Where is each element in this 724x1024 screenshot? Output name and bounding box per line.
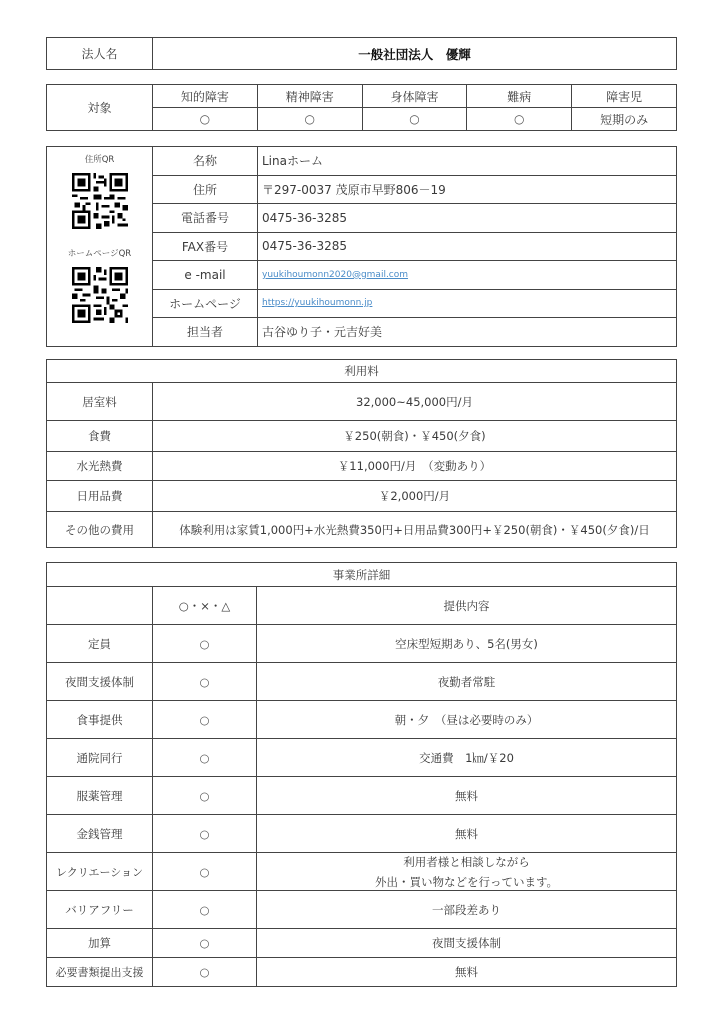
- fee-value-room: 32,000~45,000円/月: [153, 383, 677, 421]
- details-content: 交通費 1㎞/￥20: [257, 739, 677, 777]
- target-value-intractable: ○: [467, 108, 572, 131]
- details-content: 無料: [257, 777, 677, 815]
- details-content: 利用者様と相談しながら 外出・買い物などを行っています。: [257, 853, 677, 891]
- details-mark: ○: [153, 853, 257, 891]
- fees-table: 利用料 居室料 32,000~45,000円/月 食費 ￥250(朝食)・￥45…: [46, 359, 677, 548]
- details-content: 無料: [257, 958, 677, 987]
- info-label-name: 名称: [153, 147, 258, 176]
- details-row: 必要書類提出支援 ○ 無料: [47, 958, 677, 987]
- info-label-email: e -mail: [153, 261, 258, 290]
- details-mark: ○: [153, 625, 257, 663]
- target-value-children: 短期のみ: [572, 108, 677, 131]
- target-value-physical: ○: [362, 108, 467, 131]
- fee-value-daily-goods: ￥2,000円/月: [153, 481, 677, 512]
- details-label: 加算: [47, 929, 153, 958]
- details-row: 服薬管理 ○ 無料: [47, 777, 677, 815]
- info-value-name: Linaホーム: [258, 147, 677, 176]
- details-content: 夜勤者常駐: [257, 663, 677, 701]
- info-label-contact: 担当者: [153, 318, 258, 347]
- corporation-table: 法人名 一般社団法人 優輝: [46, 37, 677, 70]
- qr-codes-cell: 住所QR ホームページQR: [47, 147, 153, 347]
- fees-title: 利用料: [47, 360, 677, 383]
- address-qr-code-icon[interactable]: [72, 173, 128, 229]
- details-row: 夜間支援体制 ○ 夜勤者常駐: [47, 663, 677, 701]
- details-content-line: 利用者様と相談しながら: [257, 854, 676, 870]
- details-label: レクリエーション: [47, 853, 153, 891]
- details-mark: ○: [153, 815, 257, 853]
- details-row: バリアフリー ○ 一部段差あり: [47, 891, 677, 929]
- details-mark: ○: [153, 891, 257, 929]
- details-label: 夜間支援体制: [47, 663, 153, 701]
- details-header-content: 提供内容: [257, 587, 677, 625]
- homepage-link[interactable]: https://yuukihoumonn.jp: [258, 289, 677, 318]
- info-label-phone: 電話番号: [153, 204, 258, 233]
- details-mark: ○: [153, 929, 257, 958]
- details-row: 通院同行 ○ 交通費 1㎞/￥20: [47, 739, 677, 777]
- corporation-label: 法人名: [47, 38, 153, 70]
- fee-label-room: 居室料: [47, 383, 153, 421]
- corporation-name: 一般社団法人 優輝: [153, 38, 677, 70]
- target-value-intellectual: ○: [153, 108, 258, 131]
- details-mark: ○: [153, 701, 257, 739]
- target-header-children: 障害児: [572, 85, 677, 108]
- details-row: 金銭管理 ○ 無料: [47, 815, 677, 853]
- email-link[interactable]: yuukihoumonn2020@gmail.com: [258, 261, 677, 290]
- details-content: 夜間支援体制: [257, 929, 677, 958]
- details-mark: ○: [153, 663, 257, 701]
- details-label: バリアフリー: [47, 891, 153, 929]
- details-label: 金銭管理: [47, 815, 153, 853]
- details-mark: ○: [153, 739, 257, 777]
- info-label-address: 住所: [153, 175, 258, 204]
- details-content: 一部段差あり: [257, 891, 677, 929]
- target-header-intellectual: 知的障害: [153, 85, 258, 108]
- details-label: 食事提供: [47, 701, 153, 739]
- details-label: 服薬管理: [47, 777, 153, 815]
- fee-label-meals: 食費: [47, 421, 153, 452]
- info-value-contact: 古谷ゆり子・元吉好美: [258, 318, 677, 347]
- details-label: 定員: [47, 625, 153, 663]
- qr-address-label: 住所QR: [47, 153, 152, 165]
- fee-value-utilities: ￥11,000円/月 （変動あり）: [153, 452, 677, 481]
- details-header-mark: ○・×・△: [153, 587, 257, 625]
- details-content: 空床型短期あり、5名(男女): [257, 625, 677, 663]
- details-header-blank: [47, 587, 153, 625]
- details-content-line: 外出・買い物などを行っています。: [257, 874, 676, 890]
- target-header-physical: 身体障害: [362, 85, 467, 108]
- fee-value-meals: ￥250(朝食)・￥450(夕食): [153, 421, 677, 452]
- target-value-mental: ○: [257, 108, 362, 131]
- fee-label-utilities: 水光熱費: [47, 452, 153, 481]
- homepage-qr-code-icon[interactable]: [72, 267, 128, 323]
- details-row: レクリエーション ○ 利用者様と相談しながら 外出・買い物などを行っています。: [47, 853, 677, 891]
- facility-info-table: 住所QR ホームページQR: [46, 146, 677, 347]
- details-row: 食事提供 ○ 朝・夕 （昼は必要時のみ）: [47, 701, 677, 739]
- details-label: 通院同行: [47, 739, 153, 777]
- info-value-fax: 0475-36-3285: [258, 232, 677, 261]
- target-header-mental: 精神障害: [257, 85, 362, 108]
- details-row: 加算 ○ 夜間支援体制: [47, 929, 677, 958]
- info-label-fax: FAX番号: [153, 232, 258, 261]
- target-header-intractable: 難病: [467, 85, 572, 108]
- qr-homepage-label: ホームページQR: [47, 247, 152, 259]
- info-value-phone: 0475-36-3285: [258, 204, 677, 233]
- fee-label-daily-goods: 日用品費: [47, 481, 153, 512]
- details-row: 定員 ○ 空床型短期あり、5名(男女): [47, 625, 677, 663]
- details-title: 事業所詳細: [47, 563, 677, 587]
- details-table: 事業所詳細 ○・×・△ 提供内容 定員 ○ 空床型短期あり、5名(男女) 夜間支…: [46, 562, 677, 987]
- details-mark: ○: [153, 958, 257, 987]
- info-label-homepage: ホームページ: [153, 289, 258, 318]
- info-value-address: 〒297-0037 茂原市早野806－19: [258, 175, 677, 204]
- target-label: 対象: [47, 85, 153, 131]
- details-content: 朝・夕 （昼は必要時のみ）: [257, 701, 677, 739]
- target-table: 対象 知的障害 精神障害 身体障害 難病 障害児 ○ ○ ○ ○ 短期のみ: [46, 84, 677, 131]
- details-label: 必要書類提出支援: [47, 958, 153, 987]
- details-mark: ○: [153, 777, 257, 815]
- details-content: 無料: [257, 815, 677, 853]
- fee-value-other: 体験利用は家賃1,000円+水光熱費350円+日用品費300円+￥250(朝食)…: [153, 512, 677, 548]
- fee-label-other: その他の費用: [47, 512, 153, 548]
